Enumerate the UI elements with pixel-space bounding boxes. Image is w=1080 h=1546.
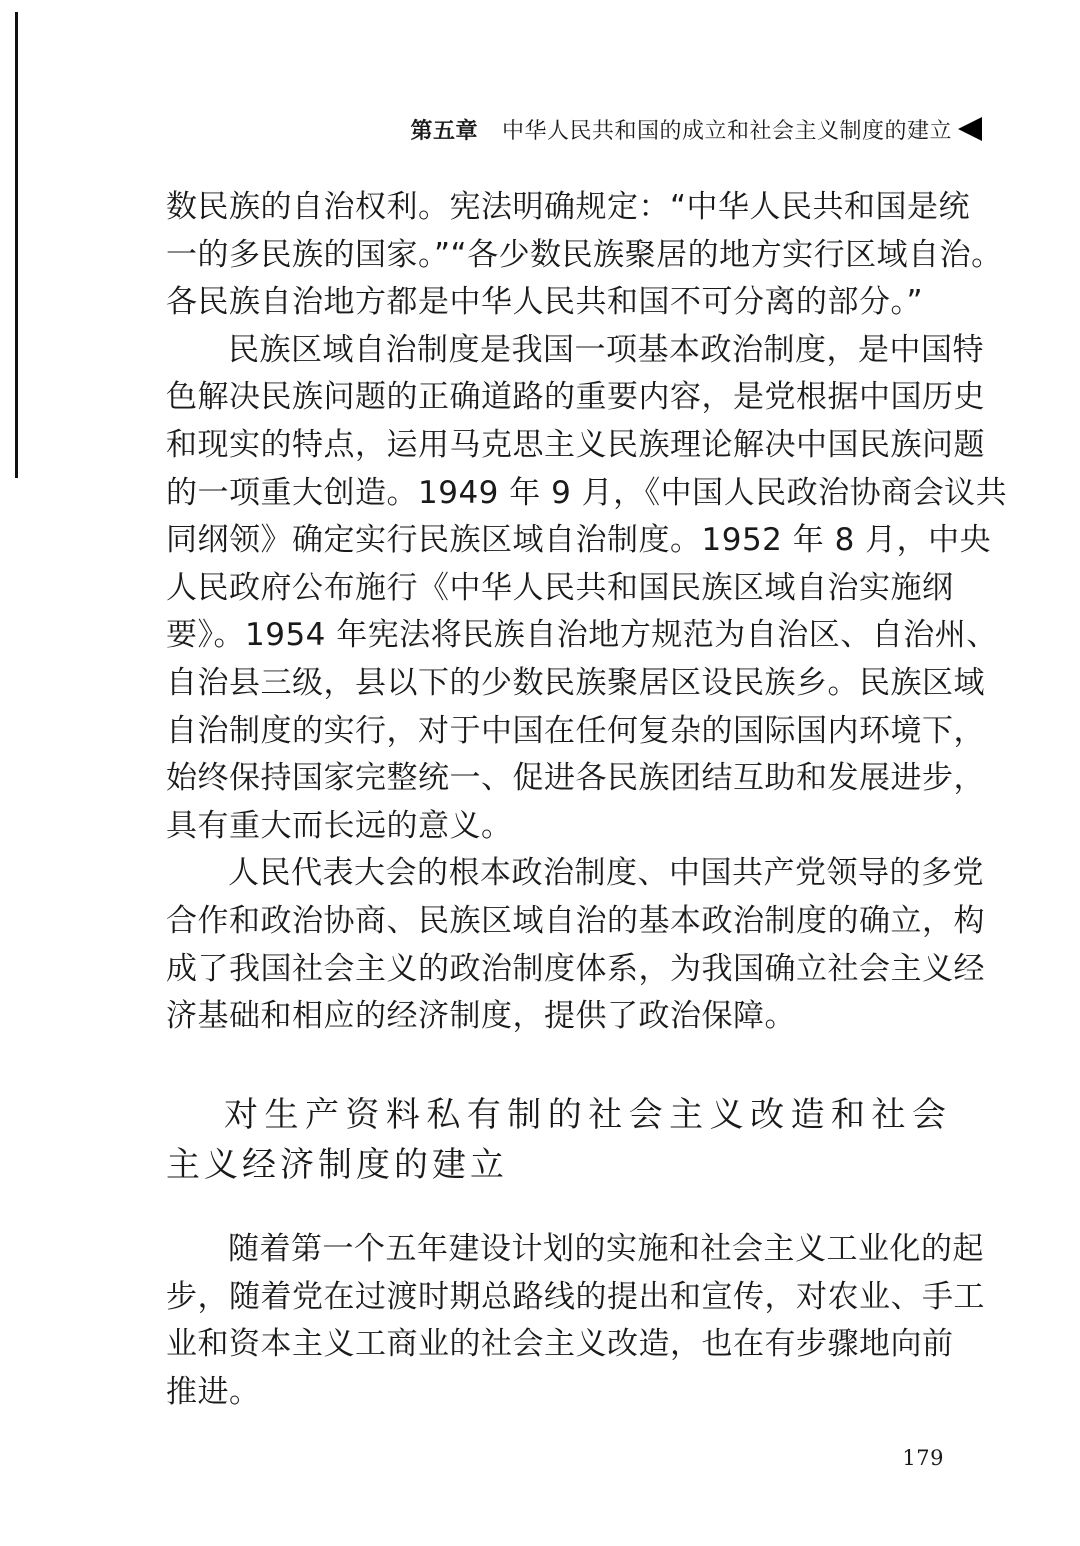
text-line: 民族区域自治制度是我国一项基本政治制度，是中国特 [166,327,950,375]
text-line: 业和资本主义工商业的社会主义改造，也在有步骤地向前 [166,1321,950,1369]
paragraph-3: 人民代表大会的根本政治制度、中国共产党领导的多党 合作和政治协商、民族区域自治的… [166,850,950,1040]
text-line: 推进。 [166,1369,950,1417]
text-line: 各民族自治地方都是中华人民共和国不可分离的部分。” [166,279,950,327]
text-line: 成了我国社会主义的政治制度体系，为我国确立社会主义经 [166,946,950,994]
text-line: 人民代表大会的根本政治制度、中国共产党领导的多党 [166,850,950,898]
text-line: 济基础和相应的经济制度，提供了政治保障。 [166,993,950,1041]
text-line: 具有重大而长远的意义。 [166,803,950,851]
text-line: 自治制度的实行，对于中国在任何复杂的国际国内环境下， [166,708,950,756]
text-line: 同纲领》确定实行民族区域自治制度。1952 年 8 月，中央 [166,517,950,565]
text-line: 一的多民族的国家。”“各少数民族聚居的地方实行区域自治。 [166,232,950,280]
text-line: 步，随着党在过渡时期总路线的提出和宣传，对农业、手工 [166,1274,950,1322]
text-line: 色解决民族问题的正确道路的重要内容，是党根据中国历史 [166,374,950,422]
paragraph-4: 随着第一个五年建设计划的实施和社会主义工业化的起 步，随着党在过渡时期总路线的提… [166,1226,950,1416]
page-number: 179 [902,1446,944,1470]
section-heading: 对生产资料私有制的社会主义改造和社会 主义经济制度的建立 [166,1090,950,1190]
body-text-upper: 数民族的自治权利。宪法明确规定：“中华人民共和国是统 一的多民族的国家。”“各少… [166,184,950,1041]
left-triangle-icon [958,117,982,141]
paragraph-1: 数民族的自治权利。宪法明确规定：“中华人民共和国是统 一的多民族的国家。”“各少… [166,184,950,327]
text-line: 要》。1954 年宪法将民族自治地方规范为自治区、自治州、 [166,612,950,660]
paragraph-2: 民族区域自治制度是我国一项基本政治制度，是中国特 色解决民族问题的正确道路的重要… [166,327,950,851]
text-line: 合作和政治协商、民族区域自治的基本政治制度的确立，构 [166,898,950,946]
chapter-number: 第五章 [410,114,478,145]
text-line: 人民政府公布施行《中华人民共和国民族区域自治实施纲 [166,565,950,613]
text-line: 始终保持国家完整统一、促进各民族团结互助和发展进步， [166,755,950,803]
chapter-title: 中华人民共和国的成立和社会主义制度的建立 [502,114,952,145]
text-line: 随着第一个五年建设计划的实施和社会主义工业化的起 [166,1226,950,1274]
running-header: 第五章 中华人民共和国的成立和社会主义制度的建立 [410,112,982,146]
binding-margin-rule [15,12,18,478]
heading-line: 主义经济制度的建立 [166,1140,950,1190]
text-line: 的一项重大创造。1949 年 9 月，《中国人民政治协商会议共 [166,470,950,518]
text-line: 数民族的自治权利。宪法明确规定：“中华人民共和国是统 [166,184,950,232]
text-line: 自治县三级，县以下的少数民族聚居区设民族乡。民族区域 [166,660,950,708]
body-text-section: 随着第一个五年建设计划的实施和社会主义工业化的起 步，随着党在过渡时期总路线的提… [166,1226,950,1416]
heading-line: 对生产资料私有制的社会主义改造和社会 [166,1090,950,1140]
text-line: 和现实的特点，运用马克思主义民族理论解决中国民族问题 [166,422,950,470]
